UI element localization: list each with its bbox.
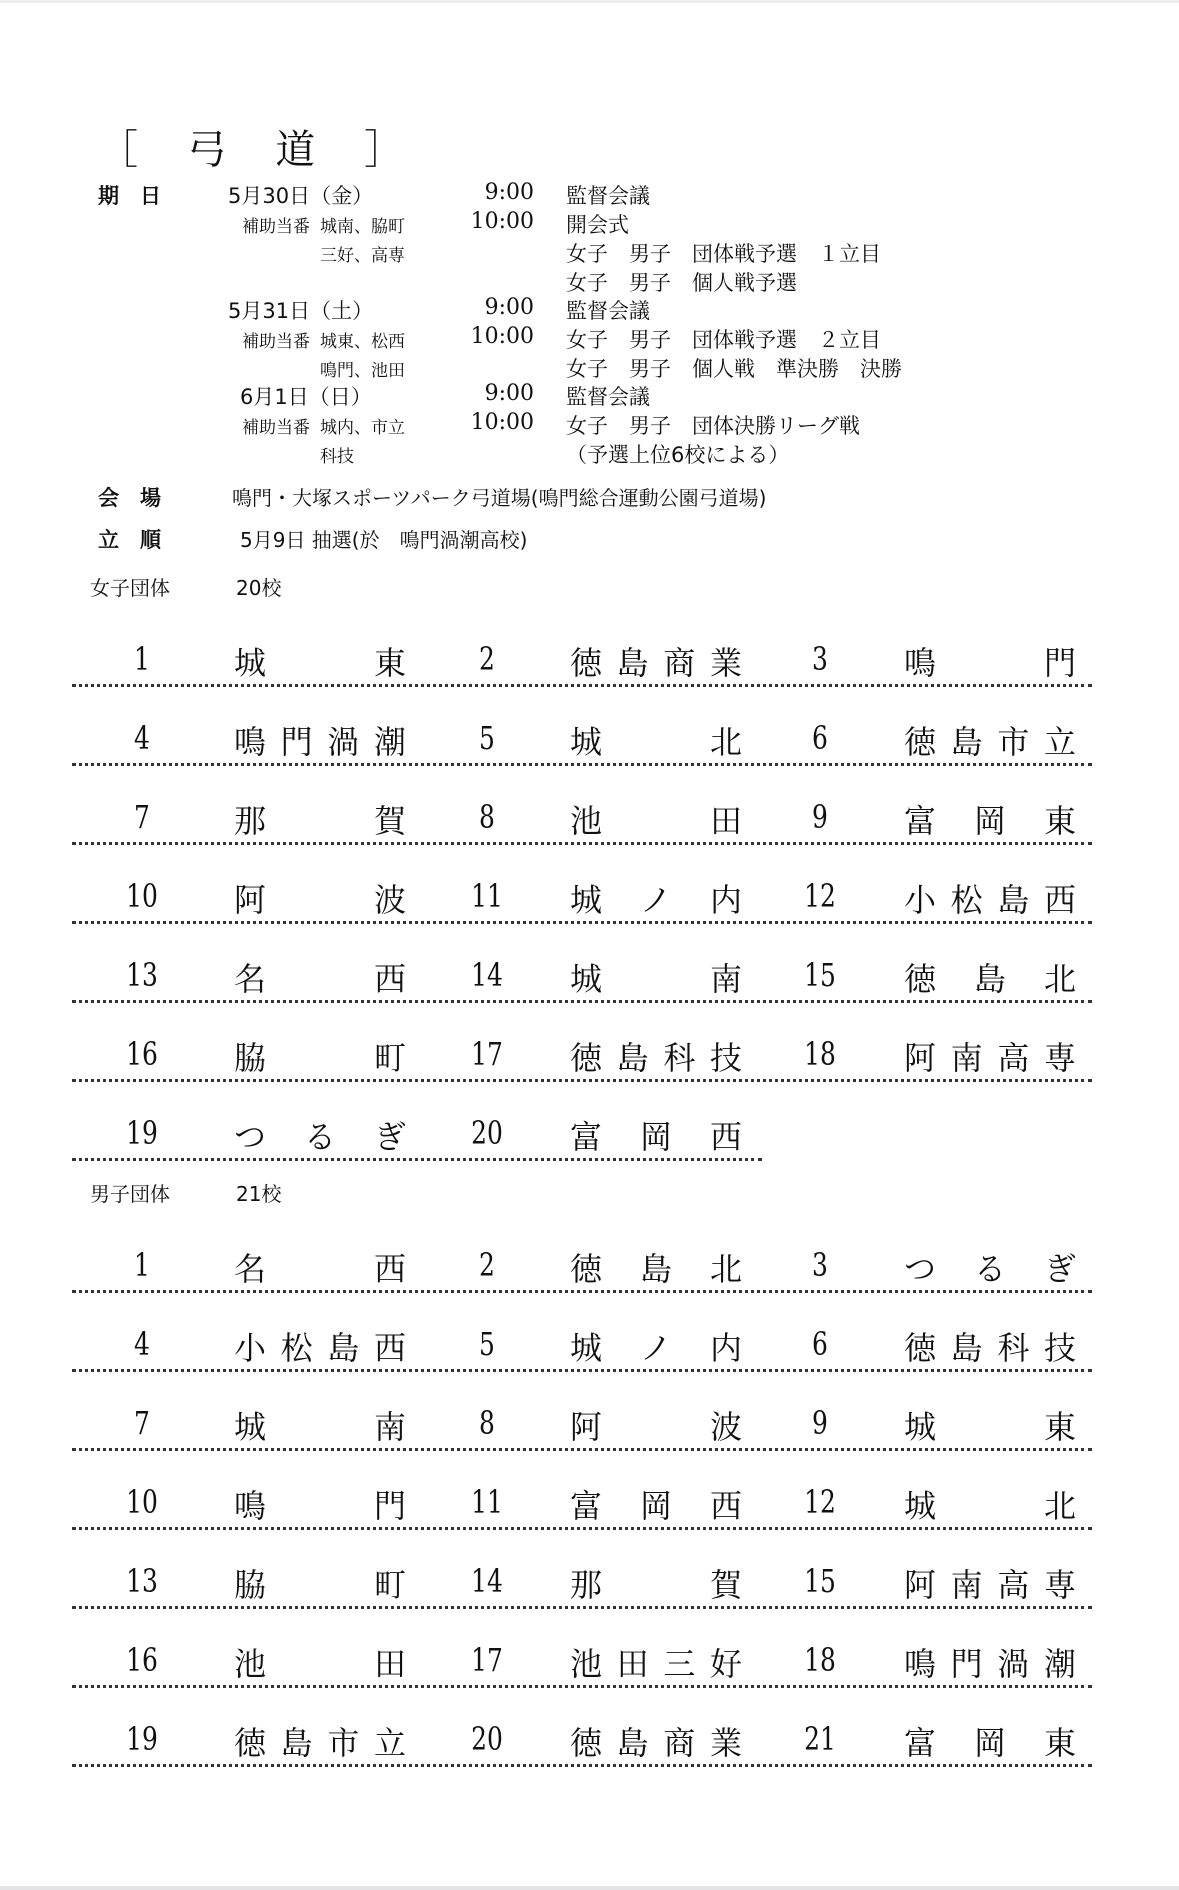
day1-time-1: 9:00 xyxy=(444,180,534,205)
order-value: 5月9日 抽選(於 鳴門渦潮高校) xyxy=(240,524,527,553)
team-name: つるぎ xyxy=(234,1112,406,1158)
team-number: 14 xyxy=(464,1562,511,1600)
team-number: 16 xyxy=(119,1035,166,1073)
team-number: 11 xyxy=(464,1483,511,1521)
team-name: 徳島科技 xyxy=(904,1323,1076,1369)
team-number: 20 xyxy=(464,1114,511,1152)
team-name: 阿南高専 xyxy=(904,1033,1076,1079)
team-name: 城南 xyxy=(234,1402,406,1448)
team-name: 鳴門 xyxy=(234,1481,406,1527)
top-edge xyxy=(0,0,1179,3)
day1-event-2: 開会式 xyxy=(566,209,629,239)
team-name: 城東 xyxy=(234,638,406,684)
team-name: 徳島北 xyxy=(904,954,1076,1000)
team-row: 10阿波11城ノ内12小松島西 xyxy=(72,871,1092,924)
team-name: 池田 xyxy=(570,796,742,842)
team-number: 2 xyxy=(464,1246,511,1284)
team-row: 4鳴門渦潮5城北6徳島市立 xyxy=(72,713,1092,766)
team-name: 富岡西 xyxy=(570,1112,742,1158)
day3-event-3: （予選上位6校による） xyxy=(566,439,789,469)
day1-event-4: 女子 男子 個人戦予選 xyxy=(566,267,797,297)
team-name: 富岡東 xyxy=(904,1718,1076,1764)
day1-helpers-label: 補助当番 xyxy=(242,212,310,237)
day2-time-1: 9:00 xyxy=(444,295,534,320)
team-number: 5 xyxy=(464,1325,511,1363)
day3-event-1: 監督会議 xyxy=(566,381,650,411)
day3-date: 6月1日（日） xyxy=(240,381,372,411)
day2-helpers-label: 補助当番 xyxy=(242,327,310,352)
day1-time-2: 10:00 xyxy=(444,209,534,234)
day1-helpers-2: 三好、高専 xyxy=(320,241,405,266)
team-row: 7城南8阿波9城東 xyxy=(72,1398,1092,1451)
team-number: 11 xyxy=(464,877,511,915)
team-name: 池田三好 xyxy=(570,1639,742,1685)
team-number: 3 xyxy=(797,640,844,678)
team-row: 4小松島西5城ノ内6徳島科技 xyxy=(72,1319,1092,1372)
venue-label: 会 場 xyxy=(98,482,161,512)
team-number: 13 xyxy=(119,1562,166,1600)
day2-helpers-2: 鳴門、池田 xyxy=(320,356,405,381)
day2-date: 5月31日（土） xyxy=(228,295,373,325)
team-name: 徳島市立 xyxy=(904,717,1076,763)
team-number: 17 xyxy=(464,1035,511,1073)
team-name: 脇町 xyxy=(234,1560,406,1606)
girls-count: 20校 xyxy=(236,572,281,601)
team-number: 8 xyxy=(464,798,511,836)
boys-count: 21校 xyxy=(236,1178,281,1207)
day2-time-2: 10:00 xyxy=(444,324,534,349)
team-name: 城ノ内 xyxy=(570,875,742,921)
day1-date: 5月30日（金） xyxy=(228,180,373,210)
team-name: 富岡東 xyxy=(904,796,1076,842)
team-name: 城ノ内 xyxy=(570,1323,742,1369)
team-row: 16池田17池田三好18鳴門渦潮 xyxy=(72,1635,1092,1688)
day3-event-2: 女子 男子 団体決勝リーグ戦 xyxy=(566,410,860,440)
day2-event-1: 監督会議 xyxy=(566,295,650,325)
team-name: 城東 xyxy=(904,1402,1076,1448)
team-name: 徳島市立 xyxy=(234,1718,406,1764)
team-name: 徳島商業 xyxy=(570,1718,742,1764)
team-number: 15 xyxy=(797,1562,844,1600)
team-number: 9 xyxy=(797,1404,844,1442)
team-number: 20 xyxy=(464,1720,511,1758)
team-number: 4 xyxy=(119,1325,166,1363)
team-row: 1城東2徳島商業3鳴門 xyxy=(72,634,1092,687)
team-row: 19徳島市立20徳島商業21富岡東 xyxy=(72,1714,1092,1767)
team-number: 10 xyxy=(119,877,166,915)
team-number: 15 xyxy=(797,956,844,994)
team-number: 14 xyxy=(464,956,511,994)
team-number: 16 xyxy=(119,1641,166,1679)
team-name: つるぎ xyxy=(904,1244,1076,1290)
team-number: 7 xyxy=(119,798,166,836)
team-row: 19つるぎ20富岡西 xyxy=(72,1108,762,1161)
team-name: 徳島商業 xyxy=(570,638,742,684)
team-number: 3 xyxy=(797,1246,844,1284)
team-name: 富岡西 xyxy=(570,1481,742,1527)
day2-event-3: 女子 男子 個人戦 準決勝 決勝 xyxy=(566,353,902,383)
team-number: 1 xyxy=(119,1246,166,1284)
bottom-edge xyxy=(0,1886,1179,1890)
team-name: 鳴門渦潮 xyxy=(234,717,406,763)
team-number: 19 xyxy=(119,1720,166,1758)
team-name: 阿南高専 xyxy=(904,1560,1076,1606)
team-name: 徳島北 xyxy=(570,1244,742,1290)
day3-helpers-1: 城内、市立 xyxy=(320,413,405,438)
day3-time-1: 9:00 xyxy=(444,381,534,406)
team-name: 那賀 xyxy=(234,796,406,842)
team-name: 小松島西 xyxy=(234,1323,406,1369)
team-row: 16脇町17徳島科技18阿南高専 xyxy=(72,1029,1092,1082)
page-title: ［ 弓 道 ］ xyxy=(98,118,422,175)
team-number: 4 xyxy=(119,719,166,757)
team-name: 鳴門渦潮 xyxy=(904,1639,1076,1685)
team-name: 城北 xyxy=(904,1481,1076,1527)
team-name: 城南 xyxy=(570,954,742,1000)
team-name: 脇町 xyxy=(234,1033,406,1079)
team-name: 阿波 xyxy=(570,1402,742,1448)
team-number: 19 xyxy=(119,1114,166,1152)
team-number: 5 xyxy=(464,719,511,757)
team-number: 13 xyxy=(119,956,166,994)
team-number: 1 xyxy=(119,640,166,678)
team-name: 池田 xyxy=(234,1639,406,1685)
venue-value: 鳴門・大塚スポーツパーク弓道場(鳴門総合運動公園弓道場) xyxy=(232,482,766,511)
team-number: 21 xyxy=(797,1720,844,1758)
day2-helpers-1: 城東、松西 xyxy=(320,327,405,352)
team-row: 1名西2徳島北3つるぎ xyxy=(72,1240,1092,1293)
team-number: 12 xyxy=(797,877,844,915)
team-number: 10 xyxy=(119,1483,166,1521)
day2-event-2: 女子 男子 団体戦予選 ２立目 xyxy=(566,324,881,354)
day3-time-2: 10:00 xyxy=(444,410,534,435)
team-number: 18 xyxy=(797,1035,844,1073)
day3-helpers-label: 補助当番 xyxy=(242,413,310,438)
team-number: 17 xyxy=(464,1641,511,1679)
team-name: 阿波 xyxy=(234,875,406,921)
day1-helpers-1: 城南、脇町 xyxy=(320,212,405,237)
day1-event-3: 女子 男子 団体戦予選 １立目 xyxy=(566,238,881,268)
team-row: 10鳴門11富岡西12城北 xyxy=(72,1477,1092,1530)
boys-label: 男子団体 xyxy=(90,1178,170,1207)
schedule-label: 期 日 xyxy=(98,180,161,210)
team-number: 6 xyxy=(797,1325,844,1363)
team-name: 徳島科技 xyxy=(570,1033,742,1079)
team-number: 18 xyxy=(797,1641,844,1679)
girls-label: 女子団体 xyxy=(90,572,170,601)
team-row: 13名西14城南15徳島北 xyxy=(72,950,1092,1003)
day1-event-1: 監督会議 xyxy=(566,180,650,210)
team-number: 8 xyxy=(464,1404,511,1442)
order-label: 立 順 xyxy=(98,524,161,554)
team-number: 12 xyxy=(797,1483,844,1521)
team-row: 7那賀8池田9富岡東 xyxy=(72,792,1092,845)
team-name: 鳴門 xyxy=(904,638,1076,684)
team-number: 6 xyxy=(797,719,844,757)
team-name: 城北 xyxy=(570,717,742,763)
team-number: 7 xyxy=(119,1404,166,1442)
team-row: 13脇町14那賀15阿南高専 xyxy=(72,1556,1092,1609)
team-number: 9 xyxy=(797,798,844,836)
team-name: 名西 xyxy=(234,1244,406,1290)
day3-helpers-2: 科技 xyxy=(320,442,354,467)
team-name: 小松島西 xyxy=(904,875,1076,921)
team-name: 那賀 xyxy=(570,1560,742,1606)
team-number: 2 xyxy=(464,640,511,678)
team-name: 名西 xyxy=(234,954,406,1000)
